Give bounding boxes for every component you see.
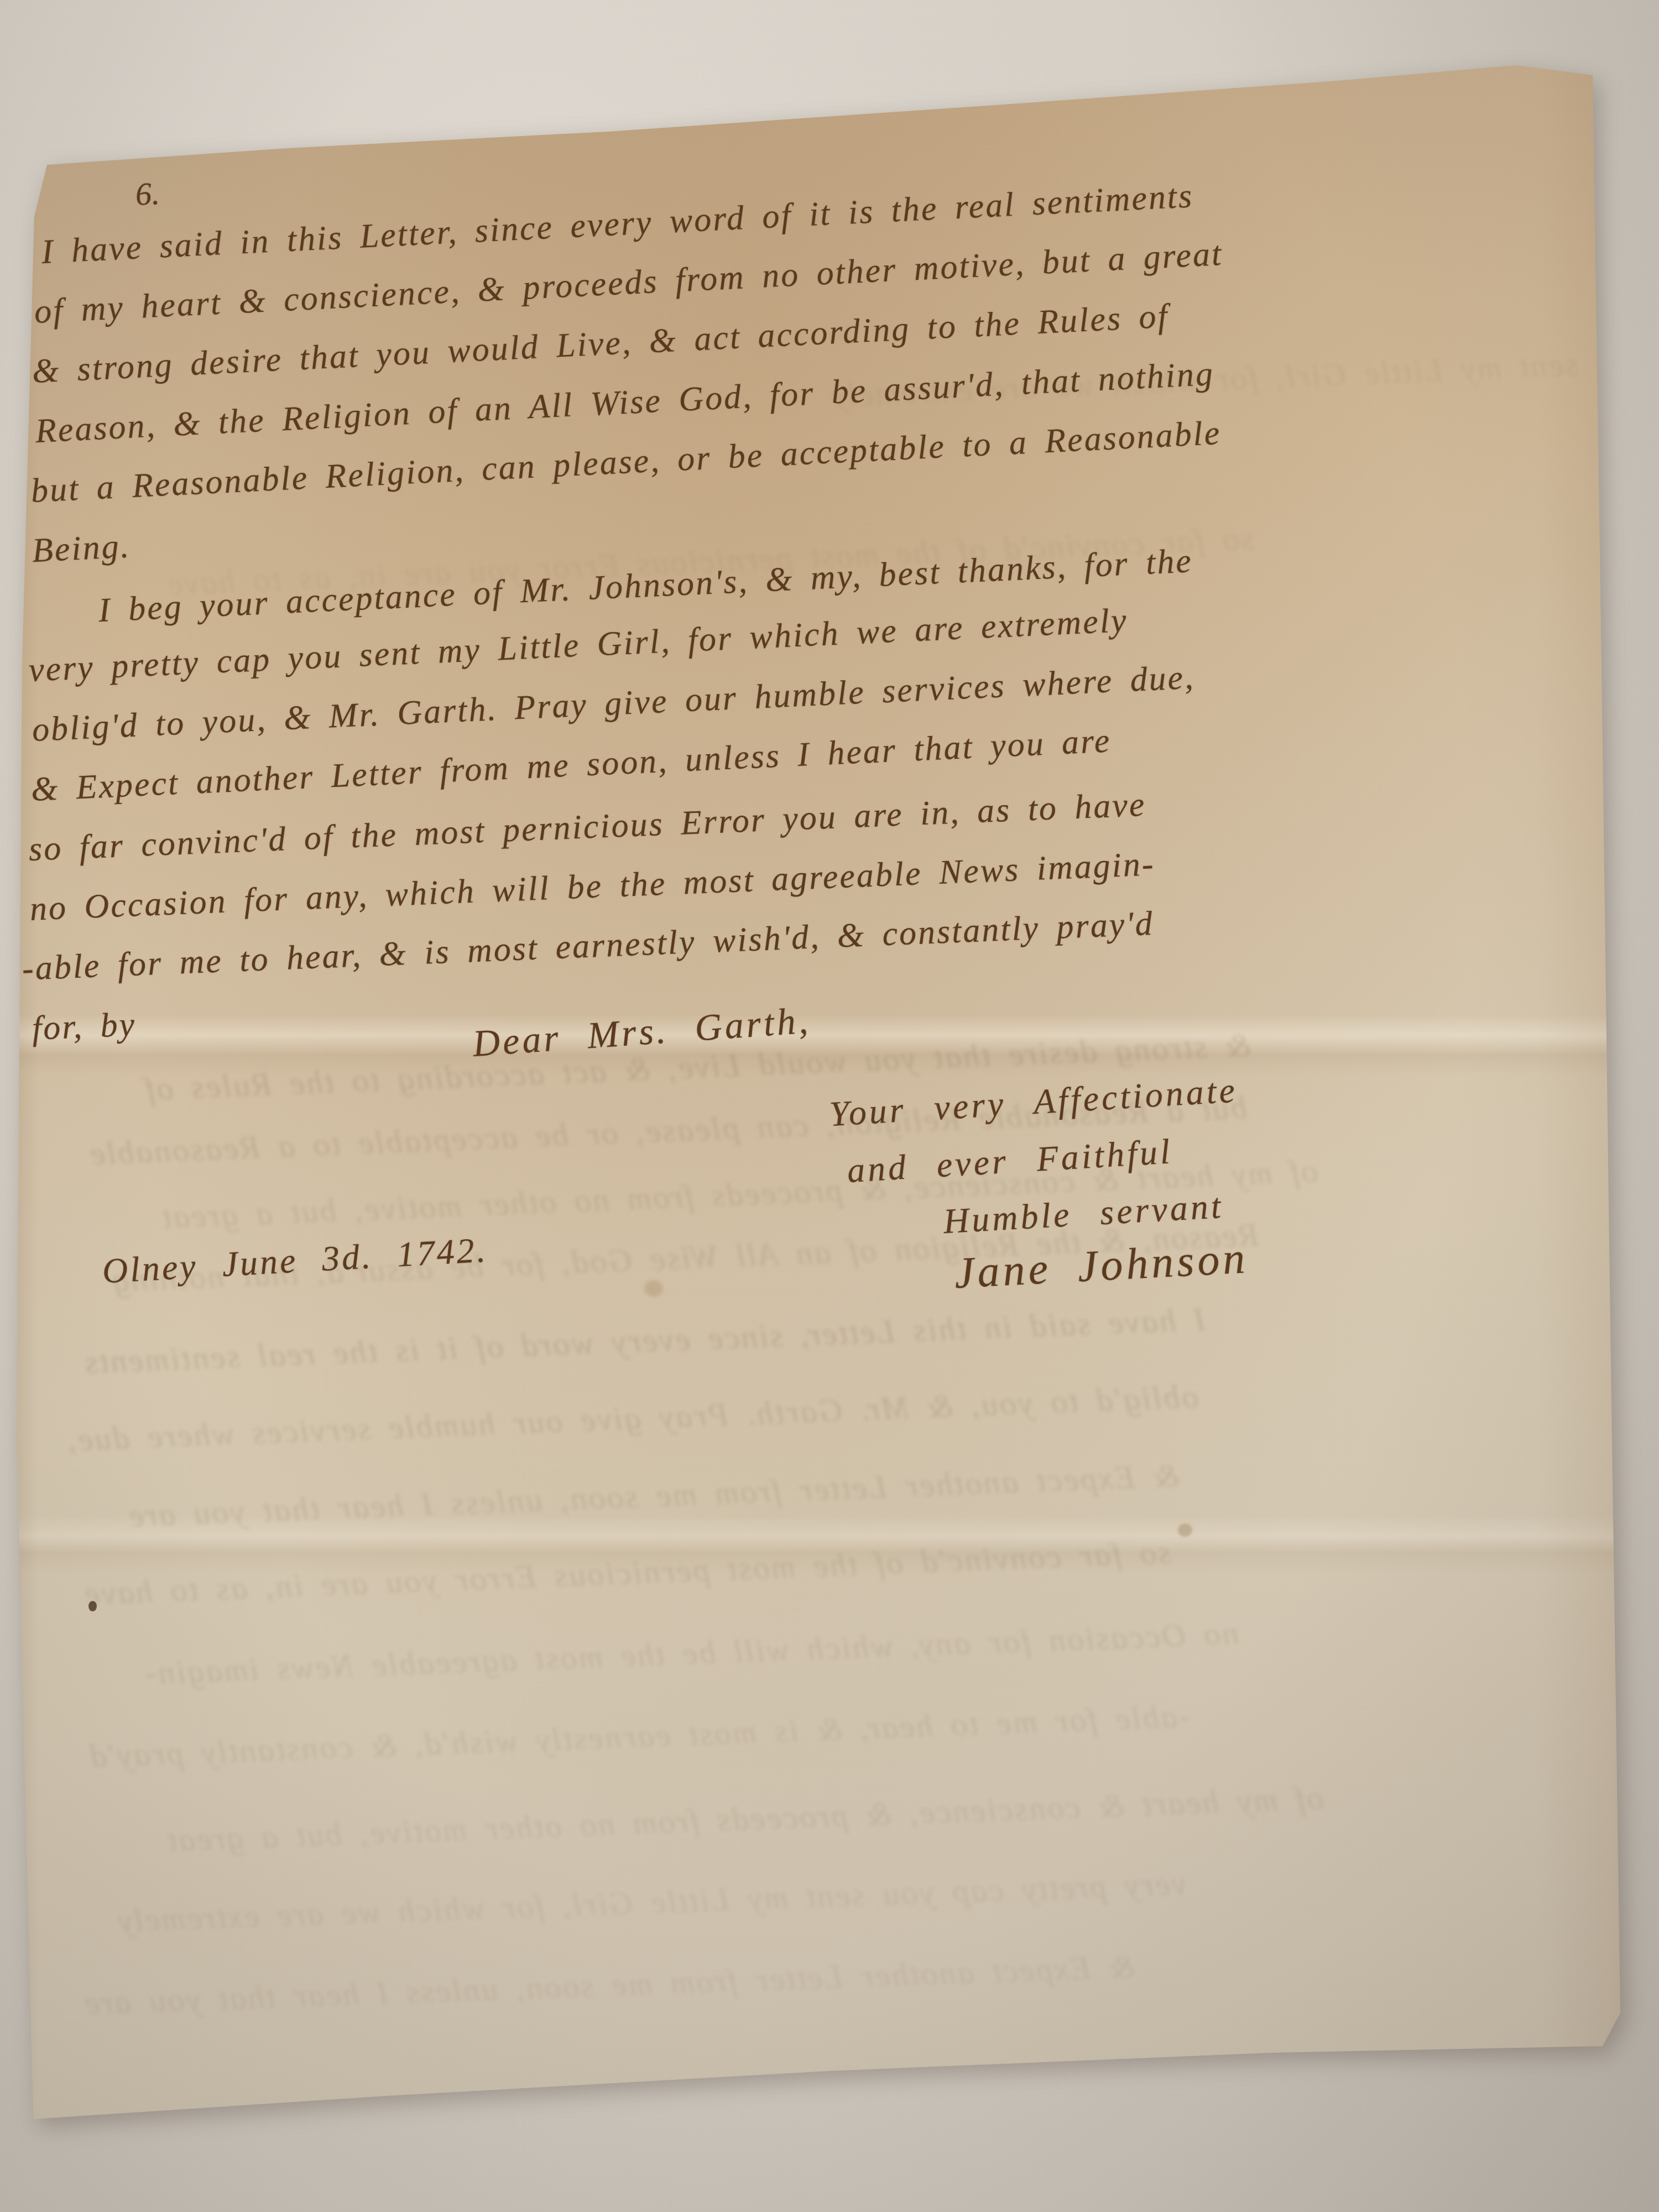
letter-line: for, by	[32, 1007, 137, 1045]
letter-paper-wrap: very pretty cap you sent my Little Girl,…	[0, 0, 1659, 2212]
bleed-through-line: so far convinc'd of the most pernicious …	[82, 1533, 1171, 1613]
bleed-through-line: no Occasion for any, which will be the m…	[143, 1614, 1239, 1693]
letter-line: Being.	[31, 529, 131, 568]
bleed-through-line: & Expect another Letter from me soon, un…	[82, 1948, 1135, 2022]
page-number: 6.	[134, 175, 160, 213]
paper-stain	[644, 1280, 663, 1297]
ink-speck	[88, 1601, 97, 1611]
bleed-through-line: oblig'd to you, & Mr. Garth. Pray give o…	[66, 1378, 1199, 1459]
bleed-through-line: I have said in this Letter, since every …	[82, 1300, 1206, 1381]
bleed-through-line: very pretty cap you sent my Little Girl,…	[116, 1864, 1187, 1940]
photograph-backdrop: very pretty cap you sent my Little Girl,…	[0, 0, 1659, 2212]
paper-stain	[1178, 1524, 1192, 1537]
bleed-through-line: of my heart & conscience, & proceeds fro…	[165, 1779, 1324, 1860]
letter-paper: very pretty cap you sent my Little Girl,…	[0, 0, 1659, 2212]
bleed-through-line: -able for me to hear, & is most earnestl…	[88, 1697, 1191, 1776]
bleed-through-line: & Expect another Letter from me soon, un…	[127, 1456, 1180, 1535]
